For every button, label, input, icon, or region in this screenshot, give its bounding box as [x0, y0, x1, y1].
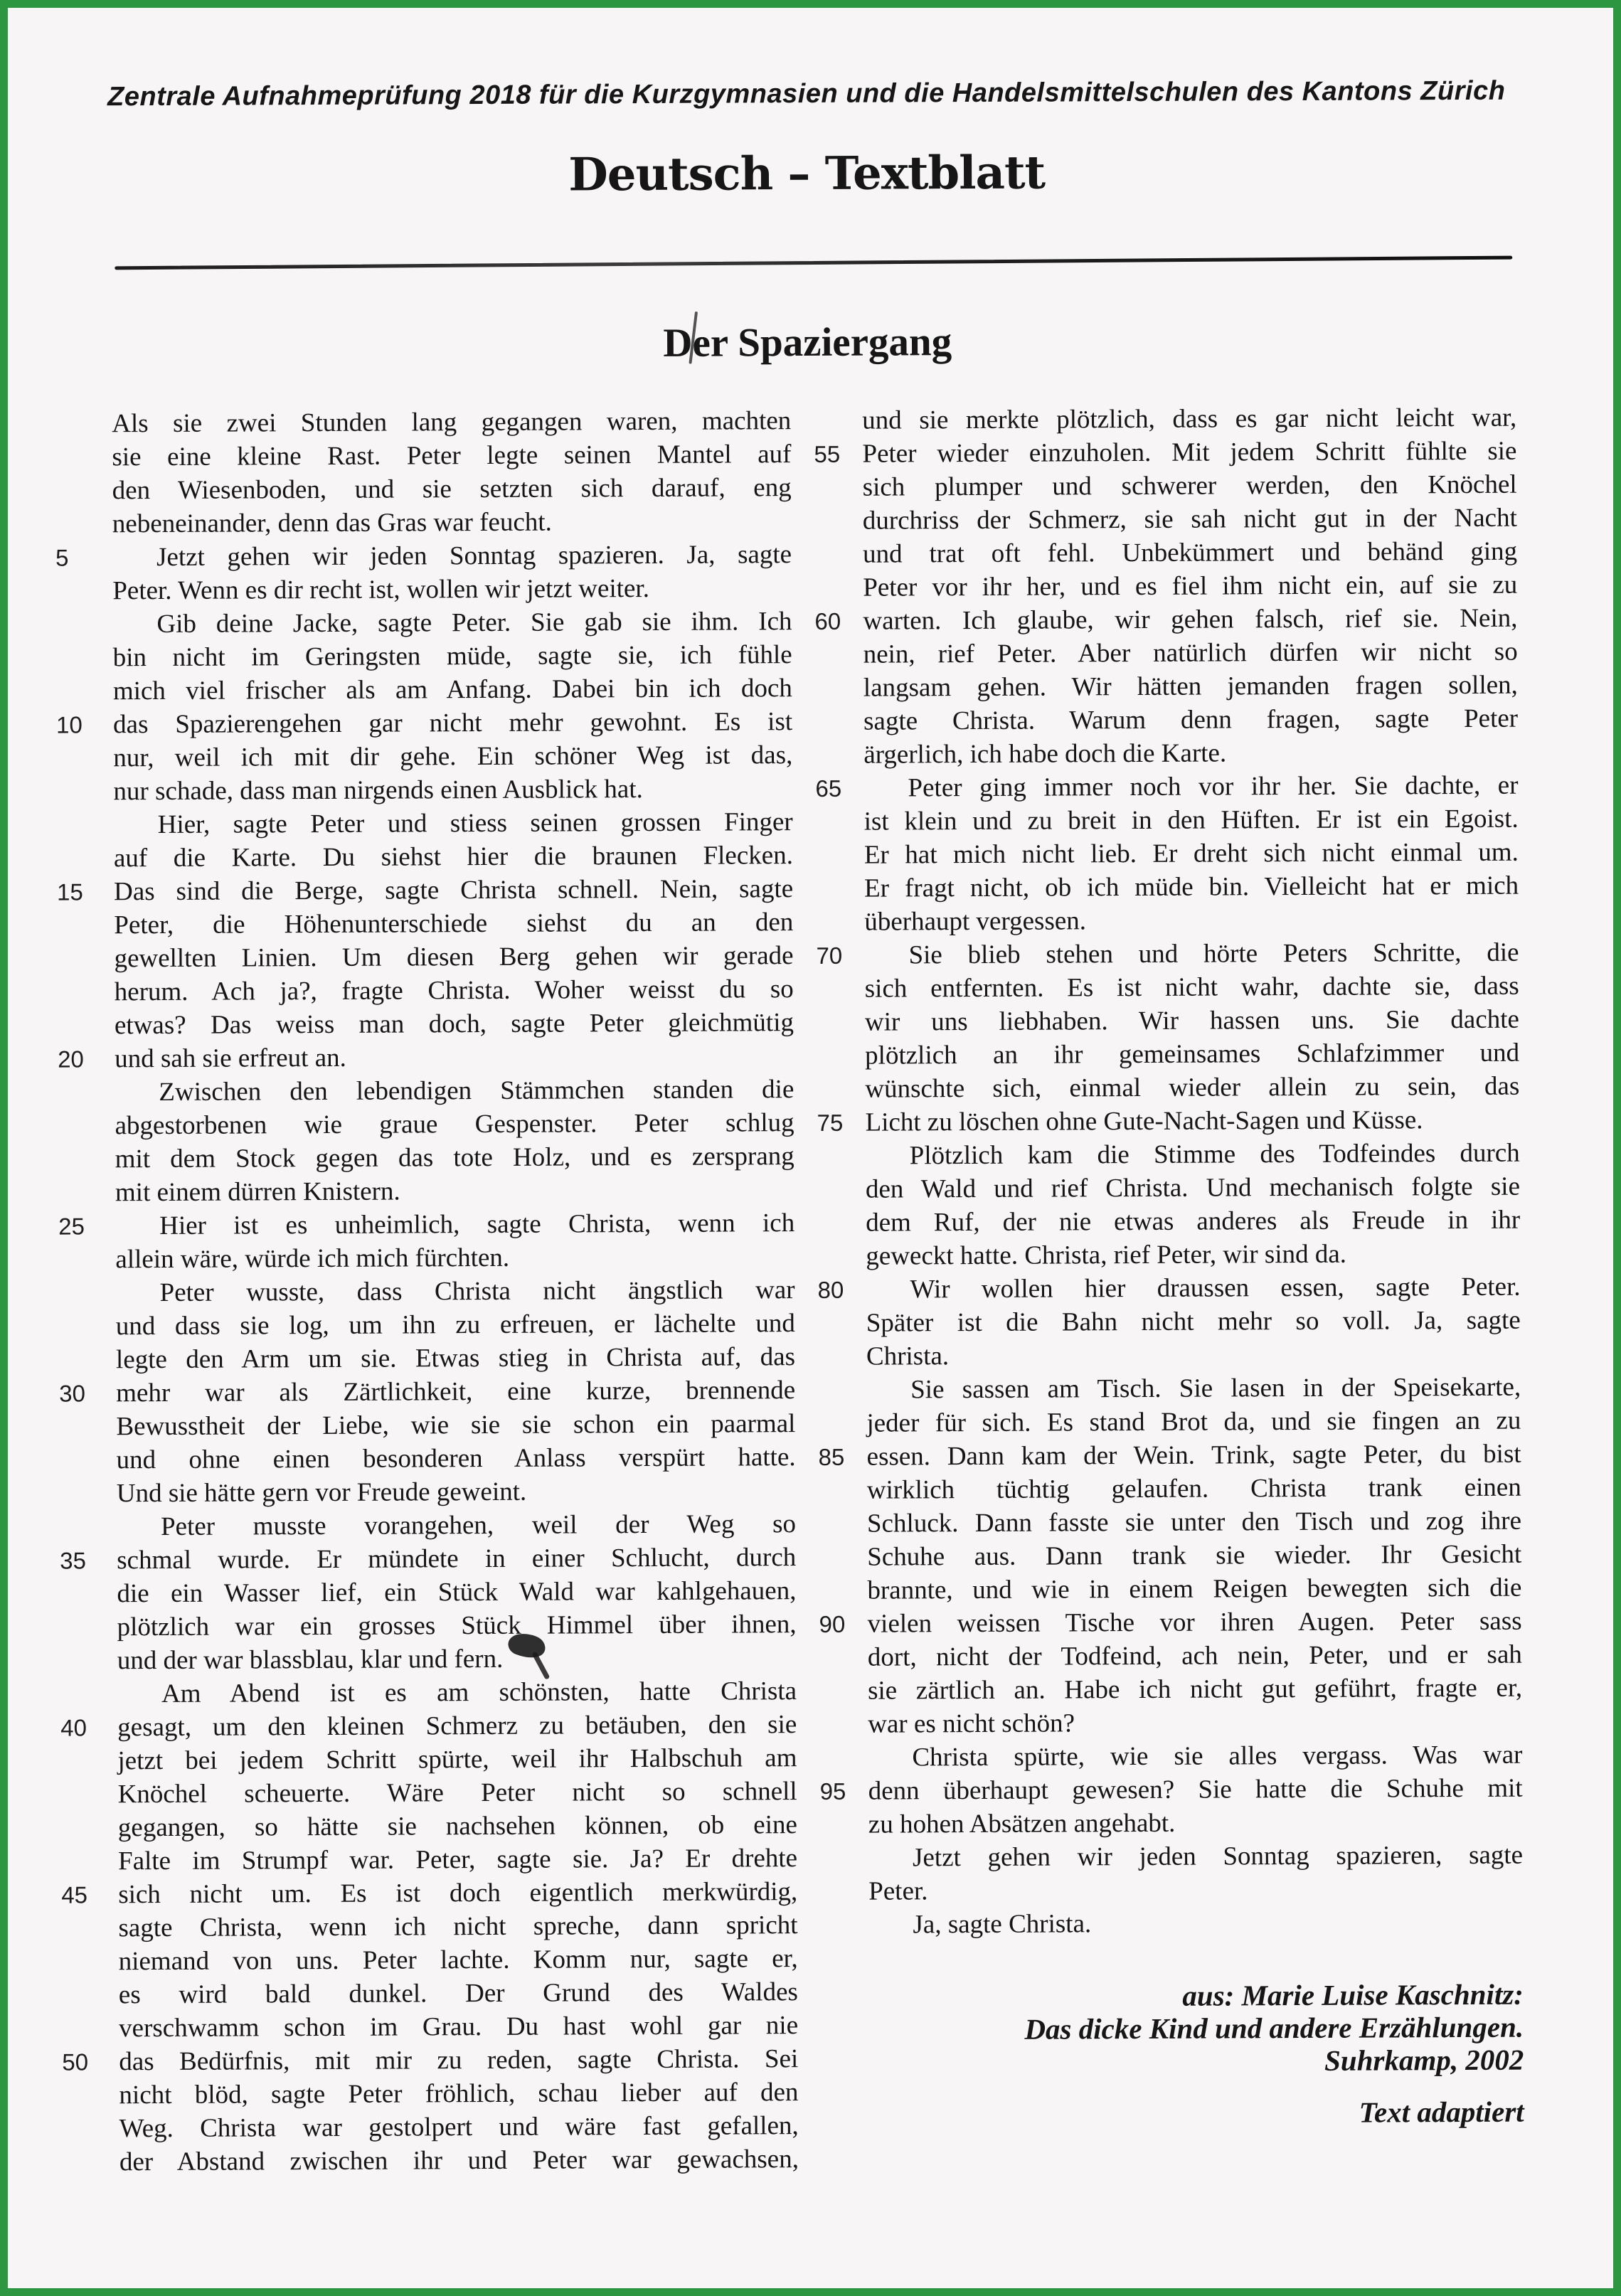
- line-text: wünschte sich, einmal wieder allein zu s…: [865, 1072, 1519, 1104]
- line-text: Peter wieder einzuholen. Mit jedem Schri…: [862, 437, 1516, 469]
- line-number: 30: [59, 1376, 85, 1410]
- line-text: nebeneinander, denn das Gras war feucht.: [112, 508, 552, 539]
- line-text: zu hohen Absätzen angehabt.: [868, 1809, 1176, 1839]
- text-line: sie zärtlich an. Habe ich nicht gut gefü…: [868, 1671, 1522, 1708]
- text-line: Peter wusste, dass Christa nicht ängstli…: [115, 1273, 794, 1309]
- line-number: 70: [816, 939, 842, 972]
- line-text: Ja, sagte Christa.: [913, 1909, 1091, 1939]
- text-line: Gib deine Jacke, sagte Peter. Sie gab si…: [112, 605, 792, 641]
- text-line: 30mehr war als Zärtlichkeit, eine kurze,…: [116, 1373, 795, 1410]
- text-line: etwas? Das weiss man doch, sagte Peter g…: [115, 1006, 794, 1042]
- text-line: jeder für sich. Es stand Brot da, und si…: [866, 1404, 1521, 1440]
- text-line: 95denn überhaupt gewesen? Sie hatte die …: [868, 1772, 1523, 1808]
- text-line: abgestorbenen wie graue Gespenster. Pete…: [115, 1106, 794, 1142]
- divider-rule: [115, 256, 1512, 270]
- scan-content: Zentrale Aufnahmeprüfung 2018 für die Ku…: [4, 4, 1619, 2292]
- left-column: Als sie zwei Stunden lang gegangen waren…: [112, 404, 799, 2179]
- line-text: das Spazierengehen gar nicht mehr gewohn…: [113, 707, 792, 739]
- line-number: 55: [814, 437, 840, 471]
- line-text: Als sie zwei Stunden lang gegangen waren…: [112, 406, 791, 438]
- line-text: Sie sassen am Tisch. Sie lasen in der Sp…: [910, 1373, 1521, 1405]
- line-number: 85: [818, 1440, 844, 1474]
- text-line: 40gesagt, um den kleinen Schmerz zu betä…: [117, 1708, 797, 1744]
- text-line: dort, nicht der Todfeind, ach nein, Pete…: [868, 1638, 1522, 1674]
- text-line: und der war blassblau, klar und fern.: [117, 1641, 797, 1677]
- line-text: Falte im Strumpf war. Peter, sagte sie. …: [118, 1844, 797, 1876]
- line-text: Plötzlich kam die Stimme des Todfeindes …: [910, 1139, 1520, 1171]
- line-text: allein wäre, würde ich mich fürchten.: [115, 1243, 509, 1274]
- subject-title: Deutsch – Textblatt: [4, 144, 1610, 204]
- text-line: Schluck. Dann fasste sie unter den Tisch…: [867, 1504, 1521, 1541]
- text-line: Später ist die Bahn nicht mehr so voll. …: [866, 1304, 1521, 1340]
- line-text: sie eine kleine Rast. Peter legte seinen…: [112, 440, 791, 472]
- line-text: wirklich tüchtig gelaufen. Christa trank…: [867, 1473, 1521, 1505]
- exam-header: Zentrale Aufnahmeprüfung 2018 für die Ku…: [4, 75, 1609, 113]
- line-text: Jetzt gehen wir jeden Sonntag spazieren,…: [913, 1841, 1523, 1873]
- line-text: Peter.: [868, 1876, 928, 1906]
- line-text: brannte, und wie in einem Reigen bewegte…: [867, 1573, 1521, 1605]
- line-text: Am Abend ist es am schönsten, hatte Chri…: [161, 1676, 797, 1708]
- adaptation-note: Text adaptiert: [870, 2095, 1524, 2131]
- line-text: Gib deine Jacke, sagte Peter. Sie gab si…: [156, 607, 792, 639]
- line-text: Wir wollen hier draussen essen, sagte Pe…: [910, 1272, 1520, 1304]
- text-line: Peter. Wenn es dir recht ist, wollen wir…: [112, 571, 792, 607]
- line-number: 65: [815, 772, 841, 805]
- text-line: Knöchel scheuerte. Wäre Peter nicht so s…: [118, 1775, 797, 1811]
- line-text: auf die Karte. Du siehst hier die braune…: [114, 841, 793, 873]
- text-line: Am Abend ist es am schönsten, hatte Chri…: [117, 1674, 797, 1711]
- text-line: Weg. Christa war gestolpert und wäre fas…: [119, 2109, 799, 2145]
- line-number: 80: [817, 1273, 844, 1307]
- attribution-line: Das dicke Kind und andere Erzählungen.: [869, 2011, 1524, 2046]
- text-line: und dass sie log, um ihn zu erfreuen, er…: [116, 1307, 795, 1343]
- text-line: herum. Ach ja?, fragte Christa. Woher we…: [115, 972, 794, 1009]
- text-line: Ja, sagte Christa.: [868, 1906, 1523, 1942]
- text-line: Peter musste vorangehen, weil der Weg so: [117, 1507, 796, 1543]
- line-text: nur, weil ich mit dir gehe. Ein schöner …: [113, 740, 792, 772]
- text-line: niemand von uns. Peter lachte. Komm nur,…: [119, 1942, 798, 1978]
- line-number: 5: [55, 541, 69, 575]
- line-text: und trat oft fehl. Unbekümmert und behän…: [863, 537, 1517, 569]
- line-text: Peter vor ihr her, und es fiel ihm nicht…: [863, 570, 1517, 602]
- line-number: 45: [61, 1878, 87, 1911]
- line-number: 10: [56, 708, 83, 741]
- line-text: Christa spürte, wie sie alles vergass. W…: [912, 1740, 1522, 1773]
- line-text: sie zärtlich an. Habe ich nicht gut gefü…: [868, 1674, 1522, 1706]
- line-text: Er hat mich nicht lieb. Er dreht sich ni…: [864, 838, 1519, 870]
- line-text: ärgerlich, ich habe doch die Karte.: [863, 738, 1226, 769]
- text-line: 55Peter wieder einzuholen. Mit jedem Sch…: [862, 435, 1516, 471]
- line-text: dem Ruf, der nie etwas anderes als Freud…: [866, 1206, 1520, 1238]
- text-line: langsam gehen. Wir hätten jemanden frage…: [863, 669, 1518, 705]
- text-line: geweckt hatte. Christa, rief Peter, wir …: [866, 1237, 1520, 1273]
- line-text: die ein Wasser lief, ein Stück Wald war …: [117, 1576, 796, 1608]
- line-number: 75: [817, 1106, 843, 1139]
- line-number: 15: [57, 875, 83, 908]
- scanned-exam-page: Zentrale Aufnahmeprüfung 2018 für die Ku…: [0, 0, 1621, 2296]
- text-line: dem Ruf, der nie etwas anderes als Freud…: [866, 1203, 1520, 1240]
- text-line: 75Licht zu löschen ohne Gute-Nacht-Sagen…: [865, 1103, 1519, 1139]
- text-line: bin nicht im Geringsten müde, sagte sie,…: [113, 638, 792, 674]
- line-text: und ohne einen besonderen Anlass verspür…: [117, 1442, 796, 1474]
- line-text: Hier ist es unheimlich, sagte Christa, w…: [159, 1208, 794, 1240]
- line-number: 40: [60, 1711, 87, 1744]
- line-text: langsam gehen. Wir hätten jemanden frage…: [863, 671, 1518, 703]
- line-text: war es nicht schön?: [868, 1708, 1075, 1738]
- line-number: 25: [58, 1209, 85, 1243]
- line-text: sich entfernten. Es ist nicht wahr, dach…: [865, 972, 1519, 1004]
- text-line: 20und sah sie erfreut an.: [115, 1039, 794, 1075]
- line-text: und dass sie log, um ihn zu erfreuen, er…: [116, 1309, 795, 1341]
- line-text: mehr war als Zärtlichkeit, eine kurze, b…: [116, 1376, 795, 1408]
- text-line: und sie merkte plötzlich, dass es gar ni…: [862, 401, 1516, 437]
- text-line: 60warten. Ich glaube, wir gehen falsch, …: [863, 602, 1517, 638]
- text-columns: Als sie zwei Stunden lang gegangen waren…: [112, 401, 1524, 2179]
- line-text: Bewusstheit der Liebe, wie sie sie schon…: [116, 1409, 795, 1441]
- line-text: mich viel frischer als am Anfang. Dabei …: [113, 674, 792, 706]
- line-text: sagte Christa, wenn ich nicht spreche, d…: [118, 1910, 797, 1942]
- line-text: plötzlich war ein grosses Stück Himmel ü…: [117, 1610, 797, 1642]
- text-line: Christa spürte, wie sie alles vergass. W…: [868, 1738, 1522, 1775]
- right-column-lines: und sie merkte plötzlich, dass es gar ni…: [862, 401, 1523, 1942]
- text-line: 10das Spazierengehen gar nicht mehr gewo…: [113, 705, 792, 741]
- text-line: Falte im Strumpf war. Peter, sagte sie. …: [118, 1841, 797, 1878]
- line-text: nur schade, dass man nirgends einen Ausb…: [113, 775, 642, 806]
- text-line: sich plumper und schwerer werden, den Kn…: [863, 468, 1517, 504]
- text-line: wir uns liebhaben. Wir hassen uns. Sie d…: [865, 1003, 1519, 1039]
- line-text: Und sie hätte gern vor Freude geweint.: [117, 1477, 527, 1509]
- line-text: und der war blassblau, klar und fern.: [117, 1644, 504, 1675]
- line-text: ist klein und zu breit in den Hüften. Er…: [864, 804, 1519, 836]
- text-line: wirklich tüchtig gelaufen. Christa trank…: [867, 1471, 1521, 1507]
- line-text: Später ist die Bahn nicht mehr so voll. …: [866, 1306, 1521, 1338]
- text-line: 70Sie blieb stehen und hörte Peters Schr…: [864, 936, 1519, 972]
- right-column: und sie merkte plötzlich, dass es gar ni…: [862, 401, 1524, 2131]
- text-line: Hier, sagte Peter und stiess seinen gros…: [114, 805, 793, 841]
- text-line: 80Wir wollen hier draussen essen, sagte …: [866, 1270, 1520, 1307]
- line-text: Peter wusste, dass Christa nicht ängstli…: [159, 1275, 794, 1307]
- text-line: zu hohen Absätzen angehabt.: [868, 1805, 1523, 1841]
- text-line: überhaupt vergessen.: [864, 903, 1519, 939]
- line-text: dort, nicht der Todfeind, ach nein, Pete…: [868, 1640, 1522, 1672]
- line-text: und sie merkte plötzlich, dass es gar ni…: [862, 403, 1516, 435]
- line-text: essen. Dann kam der Wein. Trink, sagte P…: [867, 1440, 1521, 1472]
- line-number: 35: [60, 1543, 86, 1577]
- line-text: legte den Arm um sie. Etwas stieg in Chr…: [116, 1342, 795, 1374]
- line-text: mit dem Stock gegen das tote Holz, und e…: [115, 1142, 794, 1174]
- text-line: plötzlich an ihr gemeinsames Schlafzimme…: [865, 1036, 1519, 1073]
- line-text: den Wiesenboden, und sie setzten sich da…: [112, 473, 792, 505]
- line-text: der Abstand zwischen ihr und Peter war g…: [119, 2144, 799, 2177]
- text-line: Und sie hätte gern vor Freude geweint.: [117, 1474, 796, 1510]
- text-line: 45sich nicht um. Es ist doch eigentlich …: [118, 1875, 797, 1911]
- line-text: Licht zu löschen ohne Gute-Nacht-Sagen u…: [865, 1105, 1423, 1137]
- text-line: legte den Arm um sie. Etwas stieg in Chr…: [116, 1340, 795, 1376]
- text-line: es wird bald dunkel. Der Grund des Walde…: [119, 1975, 798, 2011]
- text-line: die ein Wasser lief, ein Stück Wald war …: [117, 1574, 796, 1610]
- line-text: wir uns liebhaben. Wir hassen uns. Sie d…: [865, 1005, 1519, 1037]
- text-line: sagte Christa. Warum denn fragen, sagte …: [863, 702, 1518, 738]
- text-line: Peter vor ihr her, und es fiel ihm nicht…: [863, 568, 1517, 605]
- attribution-line: Suhrkamp, 2002: [869, 2043, 1524, 2079]
- line-number: 90: [819, 1607, 846, 1641]
- line-text: Zwischen den lebendigen Stämmchen stande…: [159, 1075, 794, 1107]
- line-text: Schuhe aus. Dann trank sie wieder. Ihr G…: [867, 1540, 1521, 1572]
- line-text: Peter musste vorangehen, weil der Weg so: [161, 1509, 796, 1541]
- line-text: denn überhaupt gewesen? Sie hatte die Sc…: [868, 1774, 1523, 1806]
- text-line: Schuhe aus. Dann trank sie wieder. Ihr G…: [867, 1538, 1521, 1574]
- line-text: herum. Ach ja?, fragte Christa. Woher we…: [115, 974, 794, 1006]
- text-line: jetzt bei jedem Schritt spürte, weil ihr…: [117, 1741, 797, 1777]
- text-line: nicht blöd, sagte Peter fröhlich, schau …: [119, 2076, 798, 2112]
- text-line: den Wiesenboden, und sie setzten sich da…: [112, 471, 792, 507]
- text-line: allein wäre, würde ich mich fürchten.: [115, 1240, 794, 1276]
- line-text: schmal wurde. Er mündete in einer Schluc…: [117, 1543, 796, 1575]
- source-attribution: aus: Marie Luise Kaschnitz: Das dicke Ki…: [869, 1978, 1524, 2131]
- line-text: es wird bald dunkel. Der Grund des Walde…: [119, 1977, 798, 2009]
- text-line: durchriss der Schmerz, sie sah nicht gut…: [863, 501, 1517, 538]
- line-text: gegangen, so hätte sie nachsehen können,…: [118, 1810, 797, 1842]
- text-line: nur, weil ich mit dir gehe. Ein schöner …: [113, 738, 792, 775]
- text-line: Als sie zwei Stunden lang gegangen waren…: [112, 404, 791, 440]
- text-line: 90vielen weissen Tische vor ihren Augen.…: [868, 1605, 1522, 1641]
- text-line: gewellten Linien. Um diesen Berg gehen w…: [114, 939, 793, 975]
- line-text: Hier, sagte Peter und stiess seinen gros…: [158, 807, 793, 839]
- text-line: auf die Karte. Du siehst hier die braune…: [114, 839, 793, 875]
- text-line: Er fragt nicht, ob ich müde bin. Viellei…: [864, 869, 1519, 905]
- line-text: Jetzt gehen wir jeden Sonntag spazieren.…: [156, 540, 792, 572]
- text-line: Jetzt gehen wir jeden Sonntag spazieren,…: [868, 1839, 1523, 1875]
- text-line: 35schmal wurde. Er mündete in einer Schl…: [117, 1541, 796, 1577]
- text-line: brannte, und wie in einem Reigen bewegte…: [867, 1571, 1521, 1607]
- line-text: sagte Christa. Warum denn fragen, sagte …: [863, 704, 1518, 736]
- text-line: wünschte sich, einmal wieder allein zu s…: [865, 1070, 1519, 1106]
- line-text: nicht blöd, sagte Peter fröhlich, schau …: [119, 2078, 798, 2110]
- line-text: das Bedürfnis, mit mir zu reden, sagte C…: [119, 2044, 798, 2076]
- line-text: jeder für sich. Es stand Brot da, und si…: [866, 1406, 1521, 1438]
- text-line: 5Jetzt gehen wir jeden Sonntag spazieren…: [112, 538, 792, 574]
- text-line: nein, rief Peter. Aber natürlich dürfen …: [863, 635, 1518, 671]
- text-line: 50das Bedürfnis, mit mir zu reden, sagte…: [119, 2042, 798, 2078]
- text-line: 65Peter ging immer noch vor ihr her. Sie…: [863, 769, 1518, 805]
- line-number: 60: [814, 605, 841, 638]
- line-text: bin nicht im Geringsten müde, sagte sie,…: [113, 640, 792, 672]
- text-line: 85essen. Dann kam der Wein. Trink, sagte…: [866, 1437, 1521, 1474]
- text-line: gegangen, so hätte sie nachsehen können,…: [118, 1808, 797, 1844]
- line-text: Knöchel scheuerte. Wäre Peter nicht so s…: [118, 1777, 797, 1809]
- line-text: warten. Ich glaube, wir gehen falsch, ri…: [863, 604, 1517, 636]
- line-number: 95: [820, 1775, 846, 1808]
- text-line: ärgerlich, ich habe doch die Karte.: [863, 735, 1518, 772]
- text-line: plötzlich war ein grosses Stück Himmel ü…: [117, 1607, 797, 1644]
- text-line: ist klein und zu breit in den Hüften. Er…: [864, 802, 1519, 839]
- line-text: abgestorbenen wie graue Gespenster. Pete…: [115, 1108, 794, 1140]
- text-line: war es nicht schön?: [868, 1705, 1522, 1741]
- line-text: geweckt hatte. Christa, rief Peter, wir …: [866, 1240, 1346, 1271]
- line-text: Weg. Christa war gestolpert und wäre fas…: [119, 2111, 799, 2143]
- text-line: sich entfernten. Es ist nicht wahr, dach…: [865, 969, 1519, 1006]
- line-text: den Wald und rief Christa. Und mechanisc…: [866, 1172, 1520, 1204]
- story-title: Der Spaziergang: [5, 316, 1610, 369]
- line-text: gesagt, um den kleinen Schmerz zu betäub…: [117, 1710, 797, 1742]
- text-line: Sie sassen am Tisch. Sie lasen in der Sp…: [866, 1371, 1521, 1407]
- line-text: Schluck. Dann fasste sie unter den Tisch…: [867, 1506, 1521, 1538]
- text-line: Bewusstheit der Liebe, wie sie sie schon…: [116, 1407, 795, 1443]
- text-line: Er hat mich nicht lieb. Er dreht sich ni…: [864, 836, 1519, 872]
- line-text: sich nicht um. Es ist doch eigentlich me…: [118, 1877, 797, 1909]
- text-line: mit dem Stock gegen das tote Holz, und e…: [115, 1139, 794, 1176]
- text-line: nebeneinander, denn das Gras war feucht.: [112, 504, 792, 541]
- text-line: Plötzlich kam die Stimme des Todfeindes …: [866, 1137, 1520, 1173]
- text-line: 15Das sind die Berge, sagte Christa schn…: [114, 872, 793, 908]
- text-line: den Wald und rief Christa. Und mechanisc…: [866, 1170, 1520, 1206]
- line-text: Peter ging immer noch vor ihr her. Sie d…: [908, 771, 1518, 803]
- line-text: gewellten Linien. Um diesen Berg gehen w…: [114, 941, 793, 973]
- line-number: 50: [62, 2045, 88, 2078]
- text-line: nur schade, dass man nirgends einen Ausb…: [113, 772, 792, 808]
- line-text: sich plumper und schwerer werden, den Kn…: [863, 470, 1517, 502]
- line-number: 20: [58, 1042, 84, 1075]
- line-text: Peter, die Höhenunterschiede siehst du a…: [114, 908, 793, 940]
- line-text: nein, rief Peter. Aber natürlich dürfen …: [863, 637, 1518, 669]
- text-line: 25Hier ist es unheimlich, sagte Christa,…: [115, 1206, 794, 1243]
- line-text: vielen weissen Tische vor ihren Augen. P…: [868, 1607, 1522, 1639]
- text-line: mich viel frischer als am Anfang. Dabei …: [113, 671, 792, 708]
- text-line: Peter, die Höhenunterschiede siehst du a…: [114, 905, 793, 942]
- text-line: Peter.: [868, 1872, 1523, 1908]
- text-line: Christa.: [866, 1337, 1521, 1373]
- text-line: mit einem dürren Knistern.: [115, 1173, 794, 1209]
- text-line: verschwamm schon im Grau. Du hast wohl g…: [119, 2009, 798, 2045]
- text-line: sagte Christa, wenn ich nicht spreche, d…: [118, 1908, 797, 1945]
- text-line: und ohne einen besonderen Anlass verspür…: [117, 1440, 796, 1477]
- line-text: plötzlich an ihr gemeinsames Schlafzimme…: [865, 1038, 1519, 1070]
- line-text: Sie blieb stehen und hörte Peters Schrit…: [908, 938, 1519, 970]
- line-text: niemand von uns. Peter lachte. Komm nur,…: [119, 1944, 798, 1976]
- attribution-line: aus: Marie Luise Kaschnitz:: [869, 1978, 1524, 2014]
- line-text: überhaupt vergessen.: [864, 906, 1086, 936]
- line-text: Er fragt nicht, ob ich müde bin. Viellei…: [864, 871, 1519, 903]
- line-text: verschwamm schon im Grau. Du hast wohl g…: [119, 2011, 798, 2043]
- text-line: der Abstand zwischen ihr und Peter war g…: [119, 2142, 799, 2179]
- line-text: und sah sie erfreut an.: [115, 1043, 346, 1073]
- text-line: sie eine kleine Rast. Peter legte seinen…: [112, 437, 791, 474]
- text-line: und trat oft fehl. Unbekümmert und behän…: [863, 535, 1517, 571]
- line-text: mit einem dürren Knistern.: [115, 1177, 400, 1208]
- line-text: Peter. Wenn es dir recht ist, wollen wir…: [112, 574, 649, 605]
- line-text: etwas? Das weiss man doch, sagte Peter g…: [115, 1008, 794, 1040]
- line-text: jetzt bei jedem Schritt spürte, weil ihr…: [117, 1743, 797, 1775]
- text-line: Zwischen den lebendigen Stämmchen stande…: [115, 1073, 794, 1109]
- line-text: Das sind die Berge, sagte Christa schnel…: [114, 874, 793, 906]
- line-text: durchriss der Schmerz, sie sah nicht gut…: [863, 504, 1517, 536]
- line-text: Christa.: [866, 1341, 949, 1371]
